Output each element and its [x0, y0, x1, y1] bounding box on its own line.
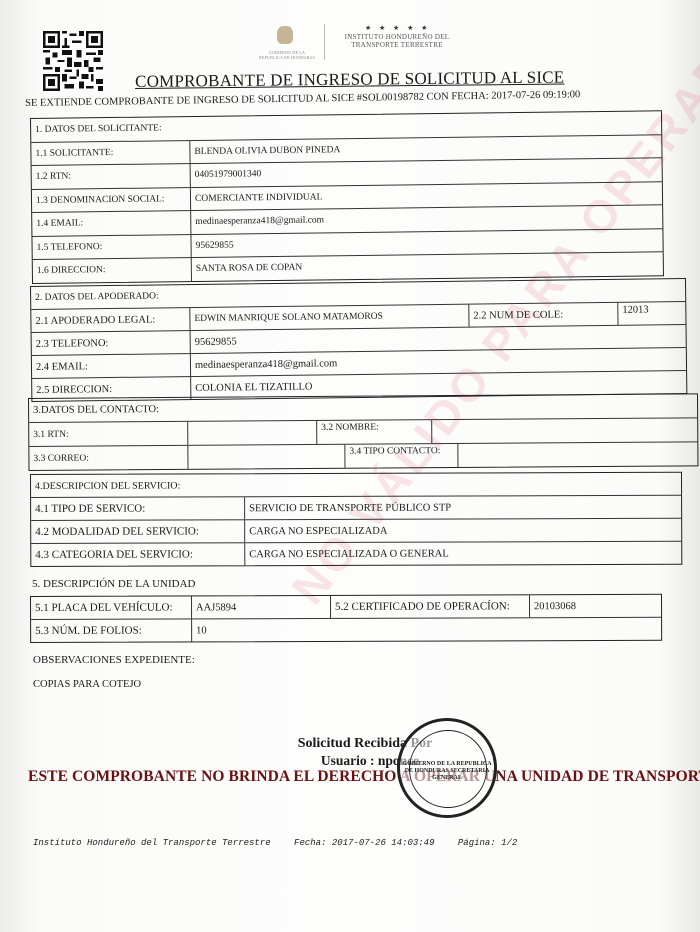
field-value: AAJ5894	[191, 596, 330, 618]
section-apoderado: 2. DATOS DEL APODERADO: 2.1 APODERADO LE…	[30, 278, 687, 402]
field-label: 1.2 RTN:	[32, 164, 190, 188]
observaciones-label: OBSERVACIONES EXPEDIENTE:	[33, 654, 195, 666]
field-label: 3.2 NOMBRE:	[316, 420, 431, 444]
page-footer: Instituto Hondureño del Transporte Terre…	[33, 838, 535, 848]
field-label: 2.4 EMAIL:	[32, 354, 190, 378]
field-value	[431, 418, 697, 443]
field-label: 4.2 MODALIDAD DEL SERVICIO:	[31, 520, 244, 543]
crest-caption: GOBIERNO DE LA REPUBLICA DE HONDURAS	[257, 50, 317, 60]
field-label: 3.1 RTN:	[29, 422, 187, 446]
section-servicio: 4.DESCRIPCION DEL SERVICIO: 4.1 TIPO DE …	[30, 472, 682, 567]
footer-institution: Instituto Hondureño del Transporte Terre…	[33, 838, 271, 848]
official-seal-stamp: GOBIERNO DE LA REPUBLICA DE HONDURAS SEC…	[397, 718, 497, 818]
field-label: 1.6 DIRECCION:	[33, 258, 191, 282]
section-contacto: 3.DATOS DEL CONTACTO: 3.1 RTN: 3.2 NOMBR…	[28, 393, 698, 471]
recibida-label: Solicitud Recibida Por	[0, 736, 700, 752]
field-value: SERVICIO DE TRANSPORTE PÚBLICO STP	[244, 496, 681, 520]
table-row: 4.1 TIPO DE SERVICO:SERVICIO DE TRANSPOR…	[31, 495, 681, 520]
field-label: 3.3 CORREO:	[29, 446, 187, 470]
field-value: 10	[191, 618, 661, 642]
intro-text: SE EXTIENDE COMPROBANTE DE INGRESO DE SO…	[25, 89, 580, 109]
field-label: 1.1 SOLICITANTE:	[31, 141, 189, 165]
footer-date: Fecha: 2017-07-26 14:03:49	[294, 838, 434, 848]
table-row: 5.1 PLACA DEL VEHÍCULO: AAJ5894 5.2 CERT…	[31, 595, 661, 619]
field-label: 4.3 CATEGORIA DEL SERVICIO:	[31, 543, 244, 566]
footer-page: Página: 1/2	[458, 838, 517, 848]
table-row: 4.3 CATEGORIA DEL SERVICIO:CARGA NO ESPE…	[31, 541, 681, 566]
field-value: 12013	[617, 302, 685, 325]
warning-text: ESTE COMPROBANTE NO BRINDA EL DERECHO A …	[28, 768, 700, 786]
field-value: CARGA NO ESPECIALIZADA	[244, 519, 681, 543]
seal-text: GOBIERNO DE LA REPUBLICA DE HONDURAS SEC…	[400, 761, 494, 782]
stars-icon: ★ ★ ★ ★ ★	[365, 24, 430, 32]
section-unidad: 5.1 PLACA DEL VEHÍCULO: AAJ5894 5.2 CERT…	[30, 594, 662, 643]
table-row: 4.2 MODALIDAD DEL SERVICIO:CARGA NO ESPE…	[31, 518, 681, 543]
qr-code-icon	[43, 30, 103, 92]
section-heading: 2. DATOS DEL APODERADO:	[31, 285, 163, 309]
field-label: 5.2 CERTIFICADO DE OPERACÍON:	[330, 595, 529, 618]
observaciones-value: COPIAS PARA COTEJO	[33, 679, 141, 690]
institute-name: INSTITUTO HONDUREÑO DEL TRANSPORTE TERRE…	[327, 33, 467, 49]
field-label: 1.3 DENOMINACION SOCIAL:	[32, 188, 190, 212]
table-row: 5.3 NÚM. DE FOLIOS: 10	[31, 617, 661, 642]
field-label: 2.2 NUM DE COLE:	[468, 303, 617, 327]
field-label: 2.1 APODERADO LEGAL:	[31, 308, 189, 332]
field-label: 1.5 TELEFONO:	[32, 235, 190, 259]
field-value: 20103068	[529, 595, 661, 617]
field-value	[187, 445, 344, 469]
section-solicitante: 1. DATOS DEL SOLICITANTE: 1.1 SOLICITANT…	[30, 110, 664, 283]
field-value	[187, 421, 316, 445]
field-label: 1.4 EMAIL:	[32, 211, 190, 235]
field-label: 5.3 NÚM. DE FOLIOS:	[31, 619, 191, 642]
field-value: SANTA ROSA DE COPAN	[191, 252, 663, 280]
field-label: 4.1 TIPO DE SERVICO:	[31, 497, 244, 520]
section-heading-unidad: 5. DESCRIPCIÓN DE LA UNIDAD	[32, 578, 195, 590]
document-title: COMPROBANTE DE INGRESO DE SOLICITUD AL S…	[135, 68, 564, 92]
field-label: 2.3 TELEFONO:	[32, 331, 190, 355]
institution-logo: GOBIERNO DE LA REPUBLICA DE HONDURAS ★ ★…	[255, 22, 455, 62]
field-label: 5.1 PLACA DEL VEHÍCULO:	[31, 596, 191, 619]
field-value: CARGA NO ESPECIALIZADA O GENERAL	[244, 542, 681, 566]
section-heading: 1. DATOS DEL SOLICITANTE:	[31, 117, 166, 141]
honduras-crest-icon	[277, 26, 293, 44]
logo-divider	[324, 24, 325, 60]
field-value	[457, 442, 697, 467]
document-page: GOBIERNO DE LA REPUBLICA DE HONDURAS ★ ★…	[0, 0, 700, 932]
section-heading: 4.DESCRIPCION DEL SERVICIO:	[31, 474, 184, 497]
field-label: 3.4 TIPO CONTACTO:	[344, 444, 457, 468]
section-heading: 3.DATOS DEL CONTACTO:	[29, 398, 163, 422]
usuario-label: Usuario : nponce	[0, 753, 700, 769]
table-row: 3.3 CORREO: 3.4 TIPO CONTACTO:	[29, 441, 697, 470]
